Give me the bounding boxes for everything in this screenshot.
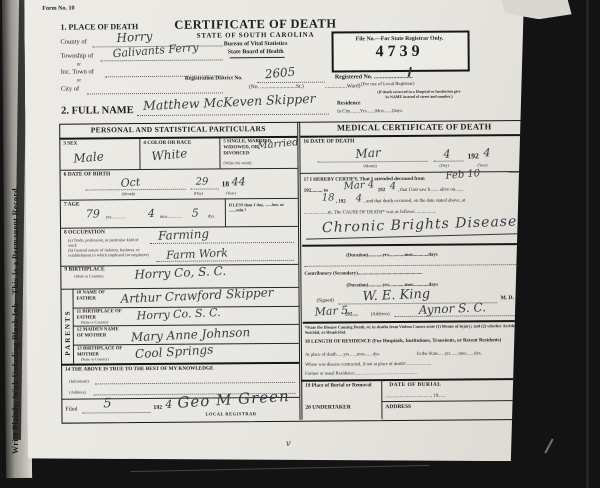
undertaker-label: 20 UNDERTAKER	[305, 405, 350, 411]
burial-date-line: ......................................, …	[385, 394, 445, 400]
county-label: County of	[61, 39, 87, 46]
mother-name-label: 12 MAIDEN NAME OF MOTHER	[77, 327, 123, 339]
dod-year-written: 4	[483, 147, 490, 158]
ward-line: ................Ward)	[325, 84, 361, 90]
marital-sub: (Write the word)	[223, 161, 251, 166]
residence-line: In City........Yrs.......Mos.......Days.	[337, 109, 403, 115]
registered-no-sub: (For use of Local Registrar)	[361, 82, 415, 87]
scan-scratch-mark	[544, 438, 553, 453]
residence-line-3: Former or usual Residence...............…	[305, 371, 418, 377]
occupation-label: 8 OCCUPATION	[64, 230, 105, 236]
margin-bold-note: Write Plainly, With Unfading Black Ink—T…	[11, 186, 20, 454]
signed-address: Aynor S. C.	[418, 301, 486, 316]
undertaker-address-label: ADDRESS	[385, 405, 411, 411]
city-line	[87, 92, 223, 94]
certify-line-3a: , 192	[336, 199, 346, 204]
filed-year-printed: 192	[153, 405, 162, 411]
or-2: or	[77, 79, 81, 84]
personal-section-title: PERSONAL AND STATISTICAL PARTICULARS	[59, 125, 297, 135]
md-label: M. D.	[501, 296, 514, 302]
filed-label: Filed	[65, 407, 77, 413]
signed-date: Mar 5	[314, 305, 348, 318]
scan-bottom-line	[130, 465, 430, 472]
duration-line-1: (Duration)............yrs.............mo…	[346, 253, 437, 259]
dob-year-printed: 18	[222, 180, 230, 188]
dod-year-printed: 192	[467, 152, 478, 160]
birthplace-value: Horry Co, S. C.	[134, 265, 226, 281]
dob-year-caption: (Year)	[226, 191, 236, 195]
form-number: Form No. 10	[42, 6, 74, 13]
dod-year-caption: (Year)	[478, 163, 488, 167]
last-seen-day: 18	[322, 194, 335, 204]
dob-day-caption: (Day)	[194, 192, 203, 196]
full-name-label: 2. FULL NAME	[61, 105, 134, 117]
registrar-caption: LOCAL REGISTRAR	[205, 412, 256, 417]
signed-value: W. E. King	[362, 288, 430, 304]
township-label: Township of	[61, 53, 94, 60]
occupation-b-label: (b) General nature of industry, business…	[68, 247, 154, 258]
burial-label: 19 Place of Burial or Removal	[305, 383, 371, 389]
residence-line-2: Where was disease contracted, if not at …	[305, 362, 431, 368]
registration-district-value: 2605	[264, 66, 296, 81]
signed-year-printed: 192.....	[345, 312, 359, 317]
father-bp-sub: (State or Country)	[81, 320, 109, 324]
board-line: State Board of Health	[175, 49, 337, 57]
dod-month: Mar	[355, 147, 381, 160]
certify-line-3b: , and that death occurred, on the date s…	[364, 199, 466, 205]
filed-day: 5	[103, 397, 111, 410]
state-line: STATE OF SOUTH CAROLINA	[174, 32, 336, 41]
dod-day-caption: (Day)	[440, 164, 449, 168]
signed-address-caption: (Address)	[371, 312, 390, 317]
file-box-title: File No.—For State Registrar Only.	[334, 36, 466, 43]
dob-year-written: 44	[232, 176, 246, 187]
age-days-cap: dys.	[208, 214, 215, 219]
age-days: 5	[192, 208, 199, 219]
certify-to-year: 4	[390, 182, 396, 192]
age-years-cap: yrs.............	[106, 215, 126, 220]
address-caption: (Address)	[69, 390, 86, 395]
certify-to: Mar 4	[343, 180, 374, 192]
parents-label: PARENTS	[64, 309, 72, 355]
full-name-value: Matthew McKeven Skipper	[143, 93, 316, 113]
signed-caption: (Signed)	[317, 299, 334, 304]
dob-label: 6 DATE OF BIRTH	[64, 172, 111, 178]
county-value: Horry	[116, 30, 153, 44]
age-label: 7 AGE	[64, 203, 80, 209]
residence-line-1a: At place of death......yrs.......mos....…	[305, 352, 380, 357]
dob-month-caption: (Month)	[122, 192, 135, 196]
medical-section-title: MEDICAL CERTIFICATE OF DEATH	[300, 122, 528, 133]
bureau-line: Bureau of Vital Statistics	[175, 41, 337, 49]
registered-no-label: Registered No. .........................…	[335, 74, 413, 81]
dob-day: 29	[196, 178, 209, 188]
dod-label: 16 DATE OF DEATH	[303, 139, 354, 145]
certify-line-4: ....................m. The CAUSE OF DEAT…	[304, 210, 436, 216]
no-st-line: (No. ..........................St.)	[249, 85, 304, 91]
age-months: 4	[148, 208, 155, 219]
file-number: 4739	[334, 44, 466, 62]
age-months-cap: mos.............	[160, 215, 182, 220]
cause-footnote: *State the Disease Causing Death, or, in…	[305, 323, 527, 336]
certify-line-2c: , that I last saw h....... alive on.....…	[398, 188, 464, 194]
mother-bp-sub: (State or Country)	[81, 357, 109, 361]
scan-right-band	[586, 0, 589, 488]
filed-year-written: 4	[165, 399, 172, 410]
residence-line-1b: In the State......yrs.......mos.......dy…	[417, 351, 482, 356]
occupation-a-value: Farming	[158, 228, 209, 242]
board-underline	[230, 57, 285, 58]
contributory-line: Contributory (Secondary)................…	[304, 271, 422, 277]
city-label: City of	[61, 87, 79, 94]
father-bp-value: Horry Co. S. C.	[136, 307, 220, 322]
registration-district-label: Registration District No.	[185, 76, 243, 82]
file-number-box: File No.—For State Registrar Only. 4739	[331, 30, 469, 72]
dod-month-caption: (Month)	[364, 164, 377, 168]
stray-check-mark: v	[286, 440, 291, 449]
informant-label: 14 THE ABOVE IS TRUE TO THE BEST OF MY K…	[65, 366, 213, 373]
burial-date-label: DATE OF BURIAL	[389, 383, 441, 389]
inc-town-label: Inc. Town of	[61, 69, 94, 76]
dod-day: 4	[443, 149, 450, 160]
if-less-note: If LESS than 1 day, .......hrs. or .....…	[229, 202, 293, 213]
or-1: or	[77, 63, 81, 68]
last-seen-year: 4	[356, 194, 362, 204]
if-less-divider	[225, 198, 226, 226]
hospital-note: (If death occurred in a Hospital or Inst…	[377, 90, 461, 100]
color-value: White	[151, 147, 188, 162]
certify-line-2b: 192	[378, 188, 386, 193]
occupation-b-value: Farm Work	[166, 247, 228, 261]
certificate-paper: Form No. 10 1. PLACE OF DEATH County of …	[24, 0, 528, 465]
dob-month: Oct	[120, 176, 140, 188]
sex-value: Male	[73, 150, 104, 164]
father-name-label: 10 NAME OF FATHER	[76, 290, 118, 302]
birthplace-sub: (State or Country)	[74, 274, 103, 278]
residence-label: Residence	[337, 101, 361, 107]
sex-label: 3 SEX	[63, 142, 77, 148]
age-years: 79	[86, 208, 100, 219]
informant-caption: (Informant)	[69, 379, 89, 384]
full-name-line	[137, 114, 329, 117]
